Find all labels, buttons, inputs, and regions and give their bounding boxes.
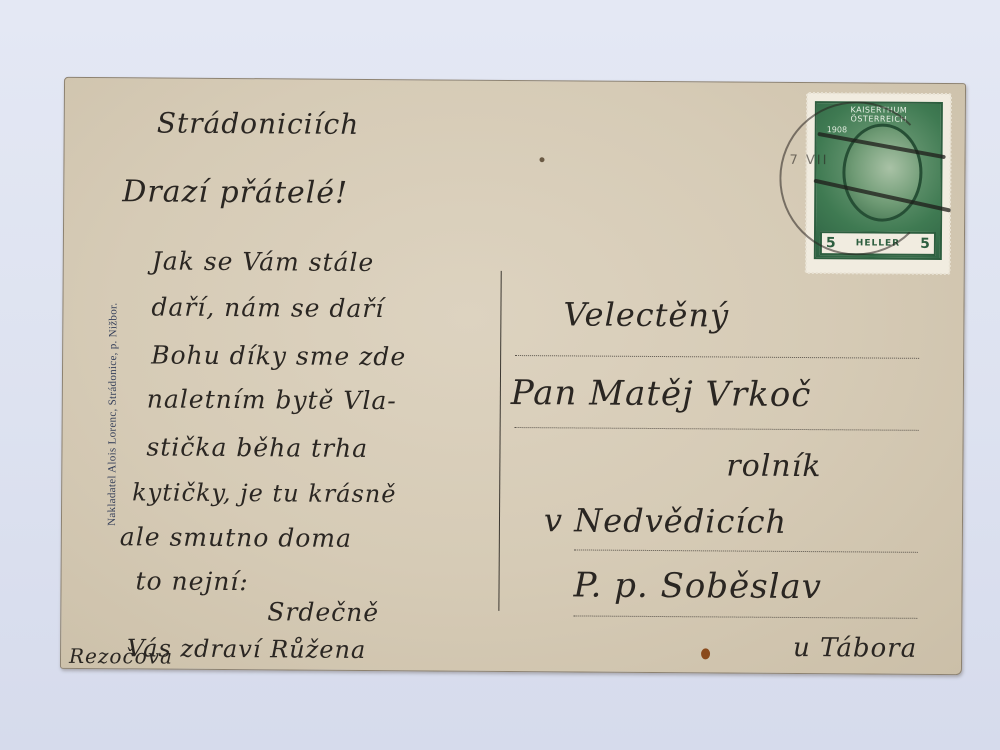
stamp-value-right: 5 [920,236,930,252]
address-name: Pan Matěj Vrkoč [511,373,812,415]
message-line: Srdečně [267,597,379,627]
message-salutation: Drazí přátelé! [122,174,348,211]
address-rule [573,615,917,618]
message-place: Strádoniciích [157,107,360,141]
address-rule [574,549,918,552]
address-rule [515,355,919,359]
message-line: Bohu díky sme zde [151,340,406,371]
address-occupation: rolník [726,448,821,484]
message-line: naletním bytě Vla- [147,384,397,415]
address-rule [515,427,919,431]
message-line: Jak se Vám stále [152,246,375,277]
center-divider [498,271,501,611]
address-village: v Nedvědicích [544,501,787,541]
address-salutation: Velectěný [563,295,729,334]
postcard: Nakladatel Alois Lorenc, Strádonice, p. … [60,77,966,675]
message-line: to nejní: [135,566,248,596]
address-post-office: P. p. Soběslav [573,565,822,607]
message-signature-surname: Rezočova [69,644,173,669]
address-region: u Tábora [793,633,917,664]
publisher-imprint: Nakladatel Alois Lorenc, Strádonice, p. … [105,204,120,624]
ink-dot [539,157,544,162]
message-line: daří, nám se daří [151,292,384,323]
rust-spot [701,648,710,659]
message-line: kytičky, je tu krásně [132,478,397,508]
message-line: ale smutno doma [120,522,352,553]
postmark-date: 7 VII [789,153,828,168]
message-line: stička běha trha [146,432,368,463]
postmark-ring [779,101,934,256]
